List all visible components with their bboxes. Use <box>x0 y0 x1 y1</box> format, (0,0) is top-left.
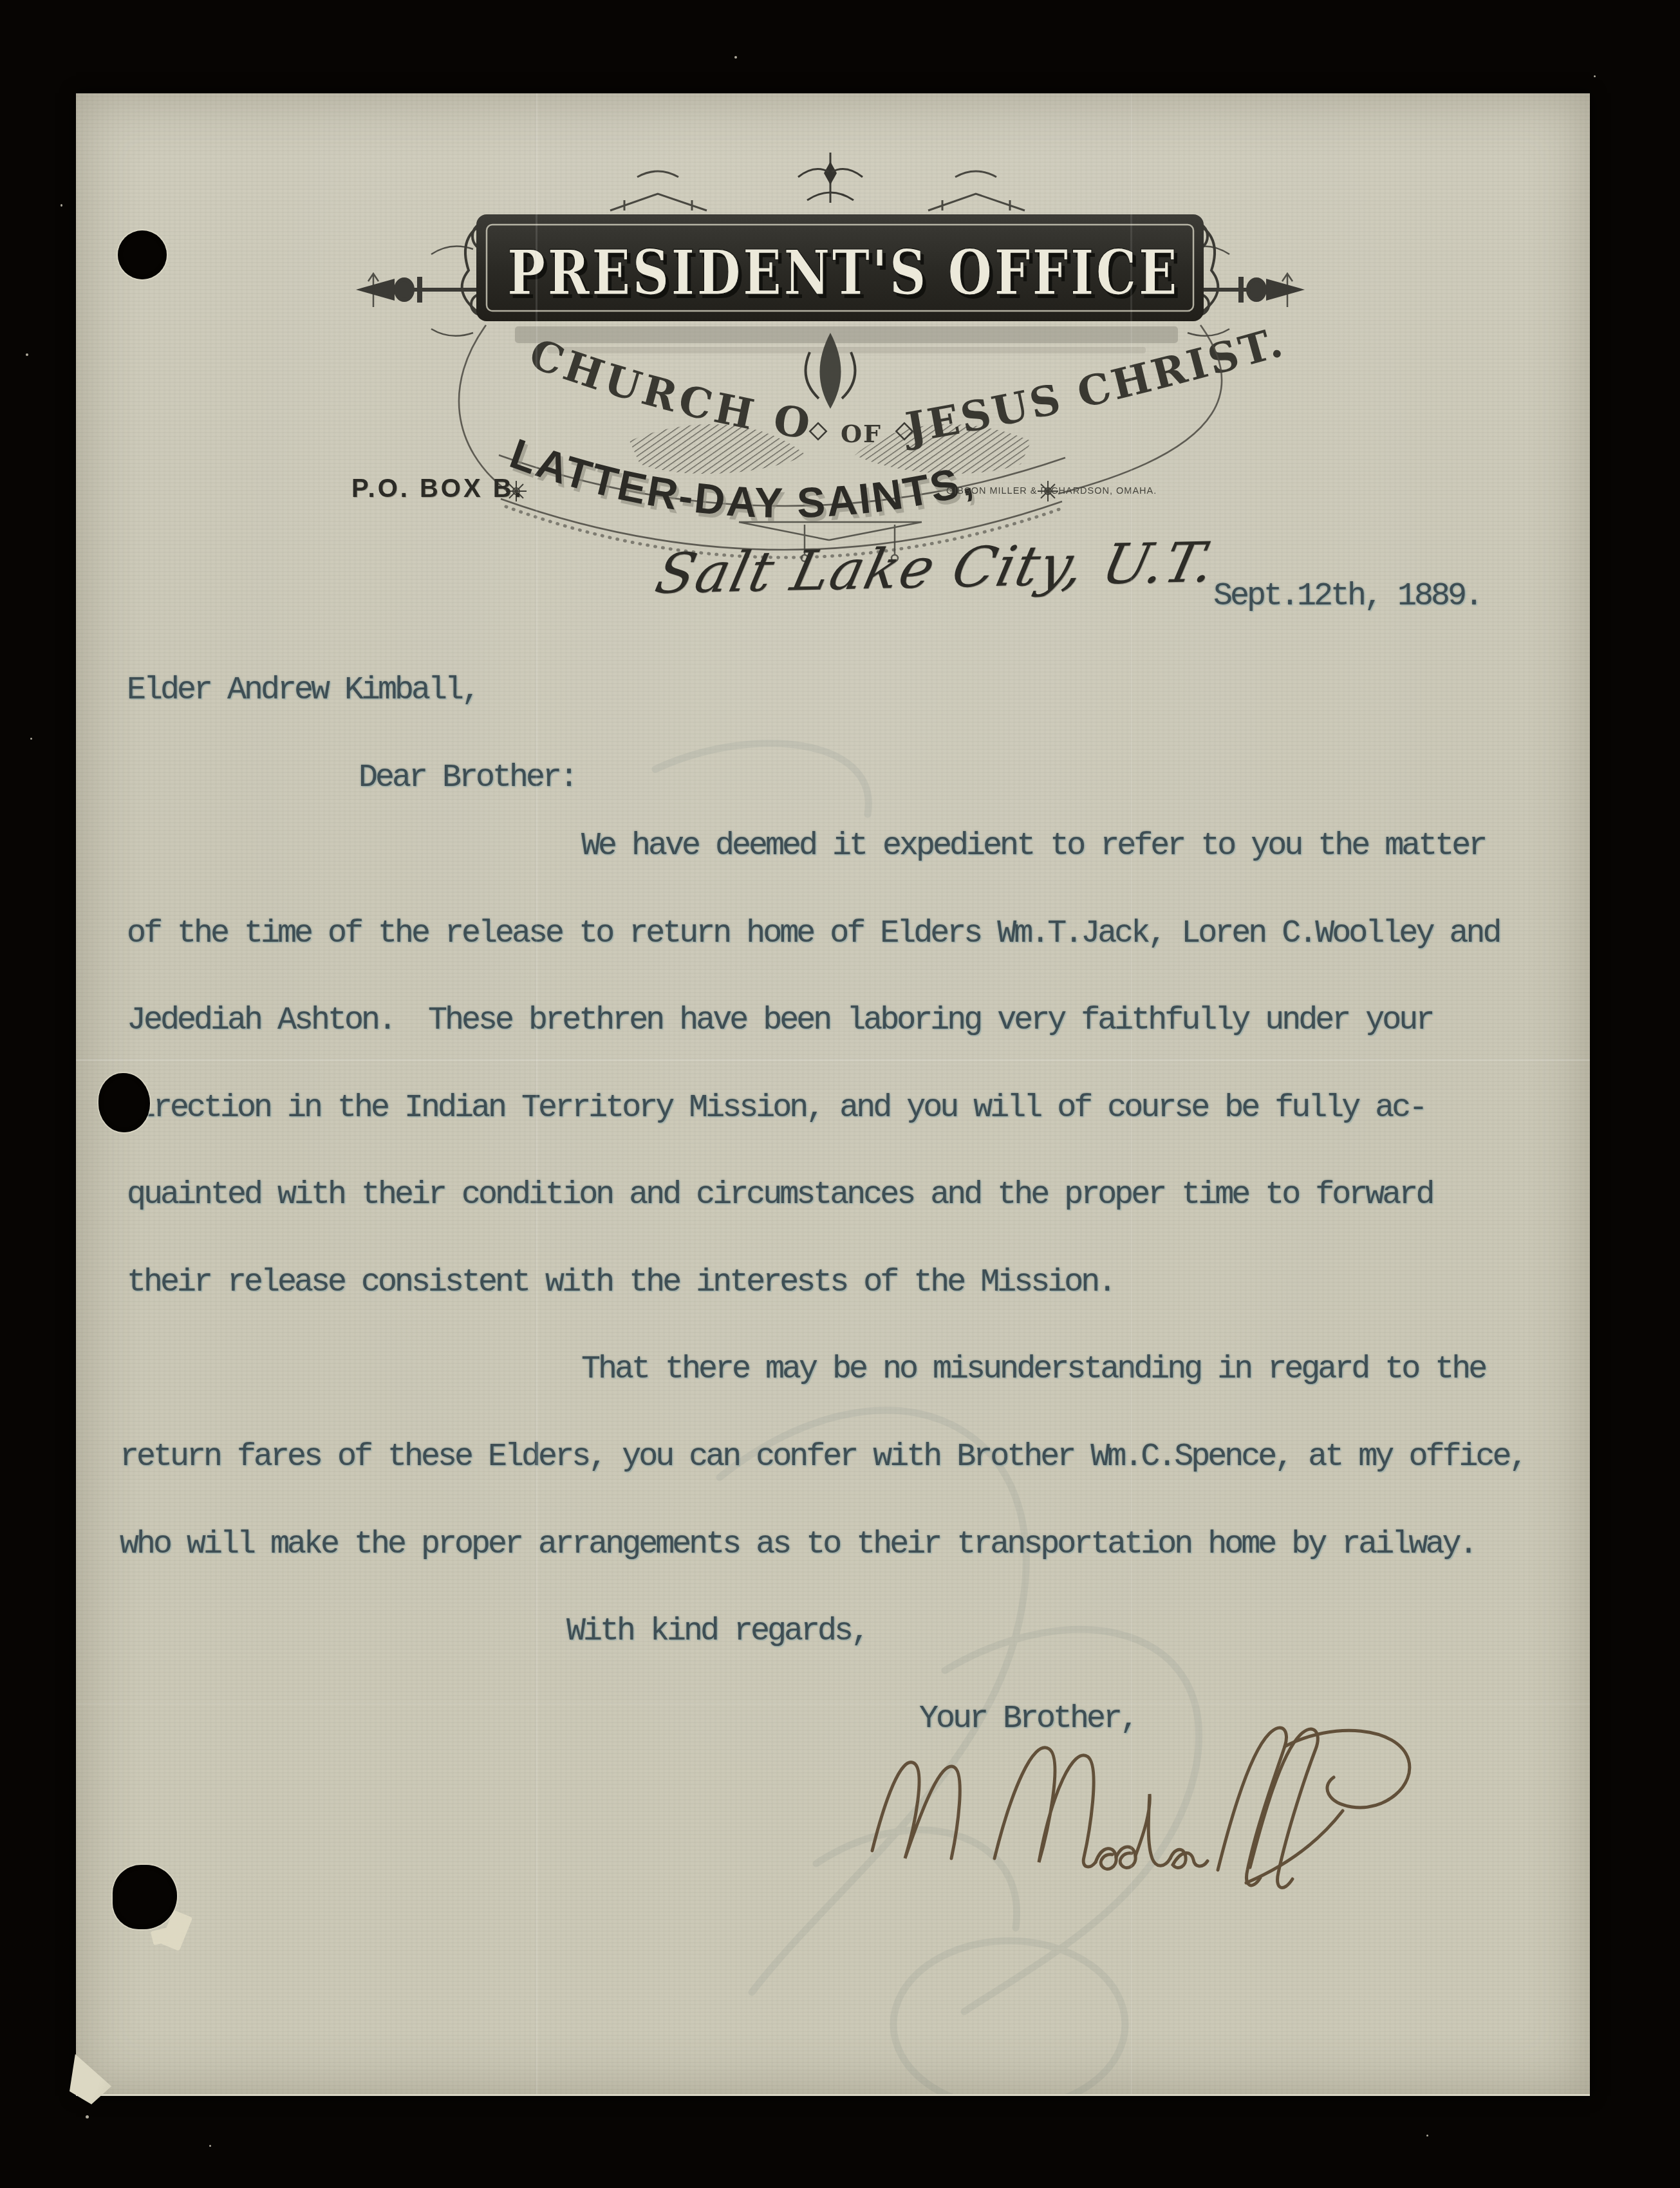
punch-hole-middle <box>98 1073 150 1132</box>
place-script-line: Salt Lake City, U.T. <box>649 530 1222 606</box>
trestle-ornament <box>610 171 1025 210</box>
fold-crease-vertical <box>1130 93 1132 2094</box>
letter-page: PRESIDENT'S OFFICE PRESIDENT'S OFFICE CH… <box>76 93 1590 2096</box>
scan-background: { "window": { "background": "#070503", "… <box>0 0 1680 2188</box>
dust-speck <box>61 204 62 207</box>
office-title: PRESIDENT'S OFFICE <box>507 236 1179 309</box>
dust-speck <box>1594 75 1596 77</box>
dust-speck <box>209 2145 211 2147</box>
dust-speck <box>1426 2135 1428 2137</box>
fold-crease-vertical <box>536 93 537 2094</box>
punch-hole-top <box>118 230 167 279</box>
printer-credit: GIBSON MILLER & RICHARDSON, OMAHA. <box>946 486 1157 496</box>
top-finial-ornament <box>798 153 863 203</box>
of-small: OF <box>841 419 882 448</box>
dust-speck <box>734 56 737 59</box>
center-fleur-ornament <box>806 333 855 409</box>
fold-crease-horizontal <box>76 1703 1590 1705</box>
fold-crease-horizontal <box>76 1059 1590 1061</box>
dust-speck <box>86 2115 89 2118</box>
dust-speck <box>30 738 32 740</box>
dust-speck <box>26 353 28 356</box>
po-box-label: P.O. BOX B. <box>351 474 524 503</box>
signature <box>856 1716 1468 1896</box>
